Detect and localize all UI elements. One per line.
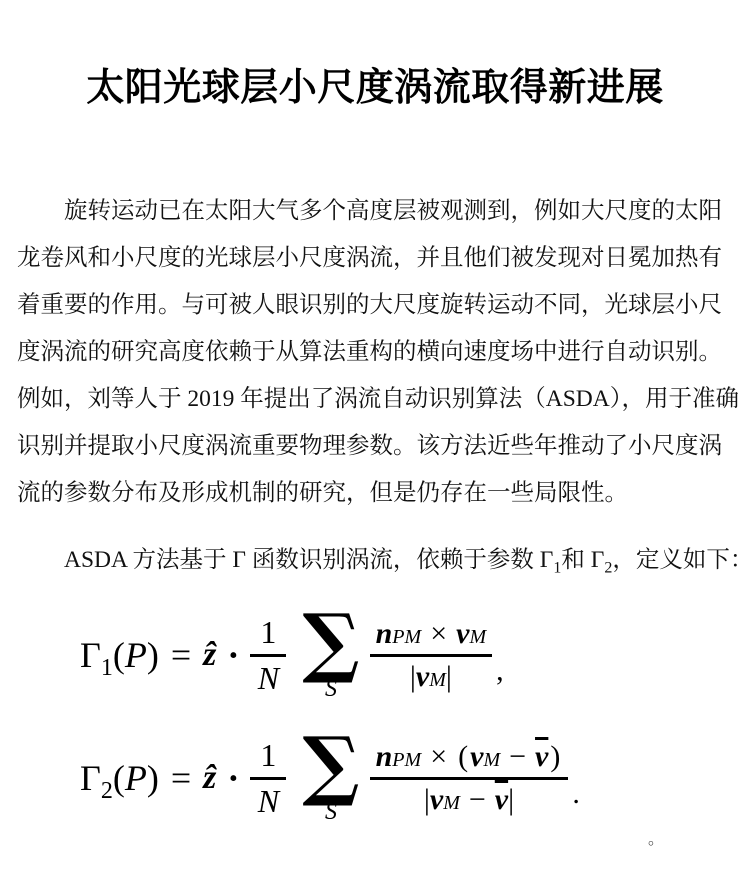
- n-vector: n: [376, 617, 393, 651]
- sum-index: S: [325, 800, 337, 824]
- fraction-numerator: nPM × ( vM − v ): [370, 740, 569, 780]
- formula-gamma-1: Γ1(P) = ẑ · 1 N ∑ S nPM × vM | vM | ,: [80, 600, 504, 710]
- formula-comma: ,: [496, 654, 504, 688]
- document-page: 太阳光球层小尺度涡流取得新进展 旋转运动已在太阳大气多个高度层被观测到，例如大尺…: [0, 0, 750, 889]
- fraction-numerator: 1: [250, 737, 286, 780]
- right-paren: ): [550, 740, 560, 774]
- paragraph-1-line-7: 流的参数分布及形成机制的研究，但是仍存在一些局限性。: [17, 470, 735, 517]
- left-paren: (: [113, 634, 125, 676]
- fraction-numerator: 1: [250, 614, 286, 657]
- cross-product-sign: ×: [430, 740, 447, 774]
- formula-period: .: [572, 777, 580, 811]
- formula-lhs: Γ1(P): [80, 634, 159, 676]
- n-vector-subscript: PM: [392, 750, 421, 770]
- v-vector: v: [430, 783, 443, 817]
- fraction-denominator: N: [252, 780, 285, 820]
- main-fraction: nPM × vM | vM |: [370, 617, 493, 694]
- minus-sign: −: [469, 783, 486, 817]
- abs-bar: |: [446, 660, 452, 694]
- paragraph-2-text: ASDA 方法基于 Γ 函数识别涡流，依赖于参数 Γ: [64, 547, 553, 573]
- paragraph-1-line-1: 旋转运动已在太阳大气多个高度层被观测到，例如大尺度的太阳: [17, 188, 735, 235]
- fraction-numerator: nPM × vM: [370, 617, 493, 657]
- paragraph-1-line-6: 识别并提取小尺度涡流重要物理参数。该方法近些年推动了小尺度涡: [17, 423, 735, 470]
- v-vector-subscript: M: [429, 670, 446, 690]
- mean-velocity-vector: v: [495, 783, 508, 817]
- summation: ∑ S: [302, 609, 359, 702]
- one-over-N-fraction: 1 N: [250, 737, 286, 820]
- main-fraction: nPM × ( vM − v ) | vM − v |: [370, 740, 569, 817]
- n-vector-subscript: PM: [392, 627, 421, 647]
- sum-index: S: [325, 677, 337, 701]
- z-hat-unit-vector: ẑ: [203, 759, 216, 797]
- abs-bar: |: [508, 783, 514, 817]
- right-paren: ): [147, 757, 159, 799]
- v-vector-subscript: M: [483, 750, 500, 770]
- fraction-denominator: | vM |: [404, 657, 458, 694]
- v-vector: v: [416, 660, 429, 694]
- mean-velocity-vector: v: [535, 740, 548, 774]
- equals-sign: =: [171, 757, 191, 799]
- paragraph-1-line-5: 例如，刘等人于 2019 年提出了涡流自动识别算法（ASDA），用于准确: [17, 376, 735, 423]
- paragraph-1-line-2: 龙卷风和小尺度的光球层小尺度涡流，并且他们被发现对日冕加热有: [17, 235, 735, 282]
- formula-lhs: Γ2(P): [80, 757, 159, 799]
- sentence-full-stop: 。: [648, 826, 664, 849]
- paragraph-1-line-3: 着重要的作用。与可被人眼识别的大尺度旋转运动不同，光球层小尺: [17, 282, 735, 329]
- n-vector: n: [376, 740, 393, 774]
- formula-gamma-2: Γ2(P) = ẑ · 1 N ∑ S nPM × ( vM − v ) | v…: [80, 722, 580, 834]
- v-vector-subscript: M: [443, 793, 460, 813]
- dot-operator: ·: [227, 634, 239, 676]
- left-paren: (: [458, 740, 468, 774]
- sum-symbol: ∑: [302, 609, 359, 676]
- article-title: 太阳光球层小尺度涡流取得新进展: [0, 62, 750, 114]
- paragraph-2-text: 和 Γ: [561, 547, 604, 573]
- dot-operator: ·: [227, 757, 239, 799]
- cross-product-sign: ×: [430, 617, 447, 651]
- paragraph-2: ASDA 方法基于 Γ 函数识别涡流，依赖于参数 Γ1和 Γ2，定义如下：: [17, 537, 735, 584]
- z-hat-unit-vector: ẑ: [203, 636, 216, 674]
- paragraph-2-text: ，定义如下：: [612, 547, 750, 573]
- point-variable: P: [125, 634, 147, 676]
- gamma-subscript: 1: [101, 655, 113, 682]
- left-paren: (: [113, 757, 125, 799]
- paragraph-1-line-4: 度涡流的研究高度依赖于从算法重构的横向速度场中进行自动识别。: [17, 329, 735, 376]
- v-vector: v: [470, 740, 483, 774]
- paragraph-1: 旋转运动已在太阳大气多个高度层被观测到，例如大尺度的太阳 龙卷风和小尺度的光球层…: [17, 188, 735, 517]
- v-vector: v: [456, 617, 469, 651]
- gamma-symbol: Γ: [80, 634, 101, 676]
- point-variable: P: [125, 757, 147, 799]
- one-over-N-fraction: 1 N: [250, 614, 286, 697]
- summation: ∑ S: [302, 732, 359, 825]
- gamma-subscript: 2: [101, 778, 113, 805]
- equals-sign: =: [171, 634, 191, 676]
- sum-symbol: ∑: [302, 732, 359, 799]
- minus-sign: −: [509, 740, 526, 774]
- v-vector-subscript: M: [469, 627, 486, 647]
- fraction-denominator: | vM − v |: [418, 780, 520, 817]
- right-paren: ): [147, 634, 159, 676]
- fraction-denominator: N: [252, 657, 285, 697]
- gamma-symbol: Γ: [80, 757, 101, 799]
